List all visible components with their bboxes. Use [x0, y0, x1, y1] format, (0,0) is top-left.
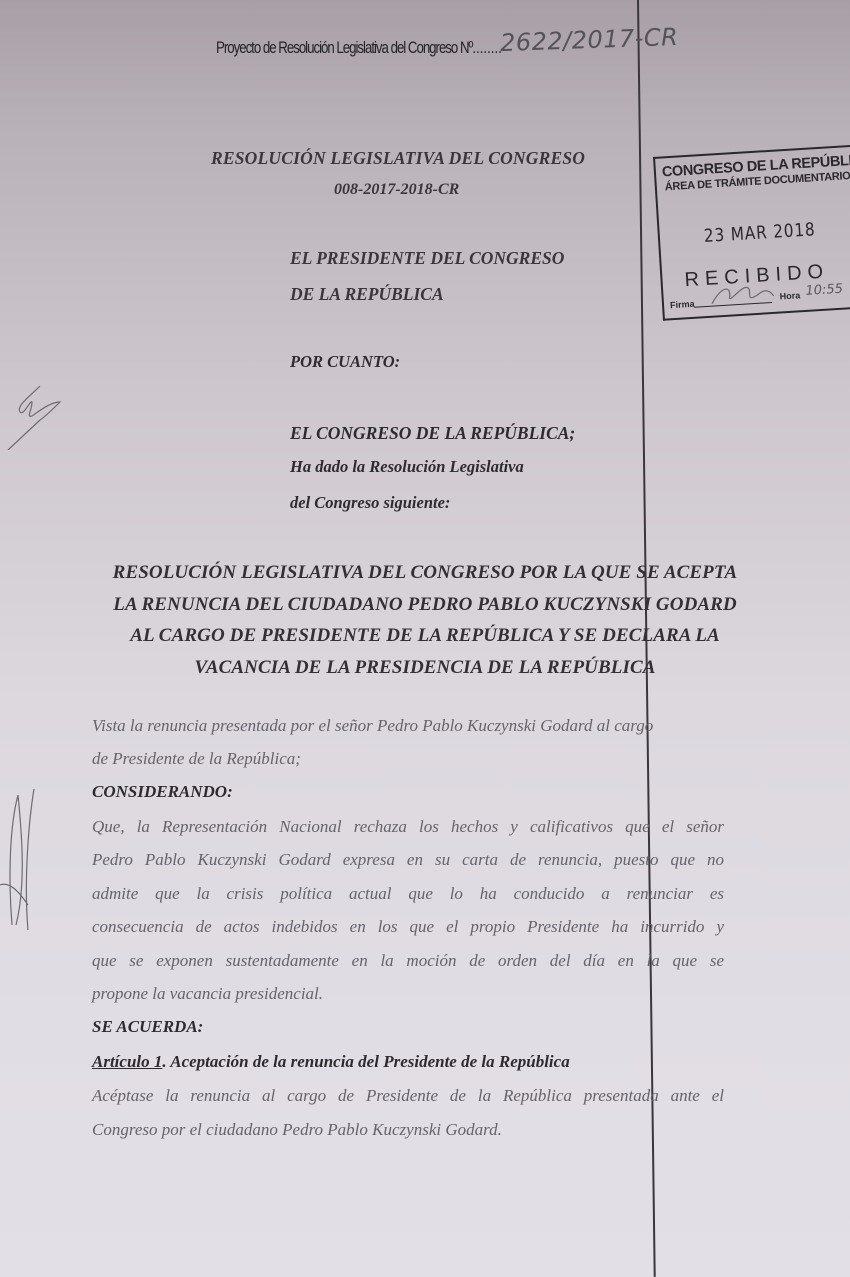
project-header: Proyecto de Resolución Legislativa del C…	[216, 38, 502, 58]
por-cuanto-heading: POR CUANTO:	[290, 352, 400, 372]
stamp-date: 23 MAR 2018	[703, 219, 816, 247]
main-title-line: RESOLUCIÓN LEGISLATIVA DEL CONGRESO POR …	[60, 557, 790, 589]
del-congreso-line: del Congreso siguiente:	[290, 493, 450, 513]
main-title-line: VACANCIA DE LA PRESIDENCIA DE LA REPÚBLI…	[60, 652, 790, 684]
ha-dado-line: Ha dado la Resolución Legislativa	[290, 457, 524, 477]
project-label: Proyecto de Resolución Legislativa del C…	[216, 38, 472, 57]
articulo-1-body-line: Acéptase la renuncia al cargo de Preside…	[92, 1086, 724, 1106]
articulo-1-label: Artículo 1	[92, 1052, 162, 1071]
se-acuerda-heading: SE ACUERDA:	[92, 1017, 203, 1037]
stamp-hora-label: Hora	[779, 290, 800, 301]
president-line-1: EL PRESIDENTE DEL CONGRESO	[290, 248, 564, 269]
stamp-firma-label: Firma	[670, 299, 695, 310]
considerando-heading: CONSIDERANDO:	[92, 782, 233, 802]
main-title-line: AL CARGO DE PRESIDENTE DE LA REPÚBLICA Y…	[60, 620, 790, 652]
document-number: 008-2017-2018-CR	[334, 181, 459, 199]
considerando-paragraph-line: Que, la Representación Nacional rechaza …	[92, 817, 724, 837]
considerando-paragraph-line: admite que la crisis política actual que…	[92, 884, 724, 904]
vista-paragraph-line: Vista la renuncia presentada por el seño…	[92, 716, 653, 736]
considerando-paragraph-line: que se exponen sustentadamente en la moc…	[92, 951, 724, 971]
considerando-paragraph-line: Pedro Pablo Kuczynski Godard expresa en …	[92, 850, 724, 870]
considerando-paragraph-line: propone la vacancia presidencial.	[92, 984, 323, 1004]
congreso-line: EL CONGRESO DE LA REPÚBLICA;	[290, 423, 575, 444]
handwritten-project-number: 2622/2017-CR	[500, 23, 679, 57]
stamp-hora-value: 10:55	[805, 282, 843, 299]
president-line-2: DE LA REPÚBLICA	[290, 284, 444, 305]
articulo-1-heading: Artículo 1. Aceptación de la renuncia de…	[92, 1052, 570, 1072]
stamp-signature-line	[694, 302, 772, 308]
articulo-1-body-line: Congreso por el ciudadano Pedro Pablo Ku…	[92, 1120, 502, 1140]
articulo-1-title: . Aceptación de la renuncia del Presiden…	[162, 1052, 569, 1071]
resolution-main-title: RESOLUCIÓN LEGISLATIVA DEL CONGRESO POR …	[60, 557, 790, 683]
vista-paragraph-line: de Presidente de la República;	[92, 749, 301, 769]
project-number-dots: ........	[472, 38, 501, 57]
margin-initials-icon	[6, 380, 76, 450]
main-title-line: LA RENUNCIA DEL CIUDADANO PEDRO PABLO KU…	[60, 589, 790, 621]
reception-stamp: CONGRESO DE LA REPÚBLICA ÁREA DE TRÁMITE…	[653, 143, 850, 321]
document-title: RESOLUCIÓN LEGISLATIVA DEL CONGRESO	[211, 148, 585, 169]
considerando-paragraph-line: consecuencia de actos indebidos en los q…	[92, 917, 724, 937]
margin-signature-icon	[0, 785, 40, 935]
